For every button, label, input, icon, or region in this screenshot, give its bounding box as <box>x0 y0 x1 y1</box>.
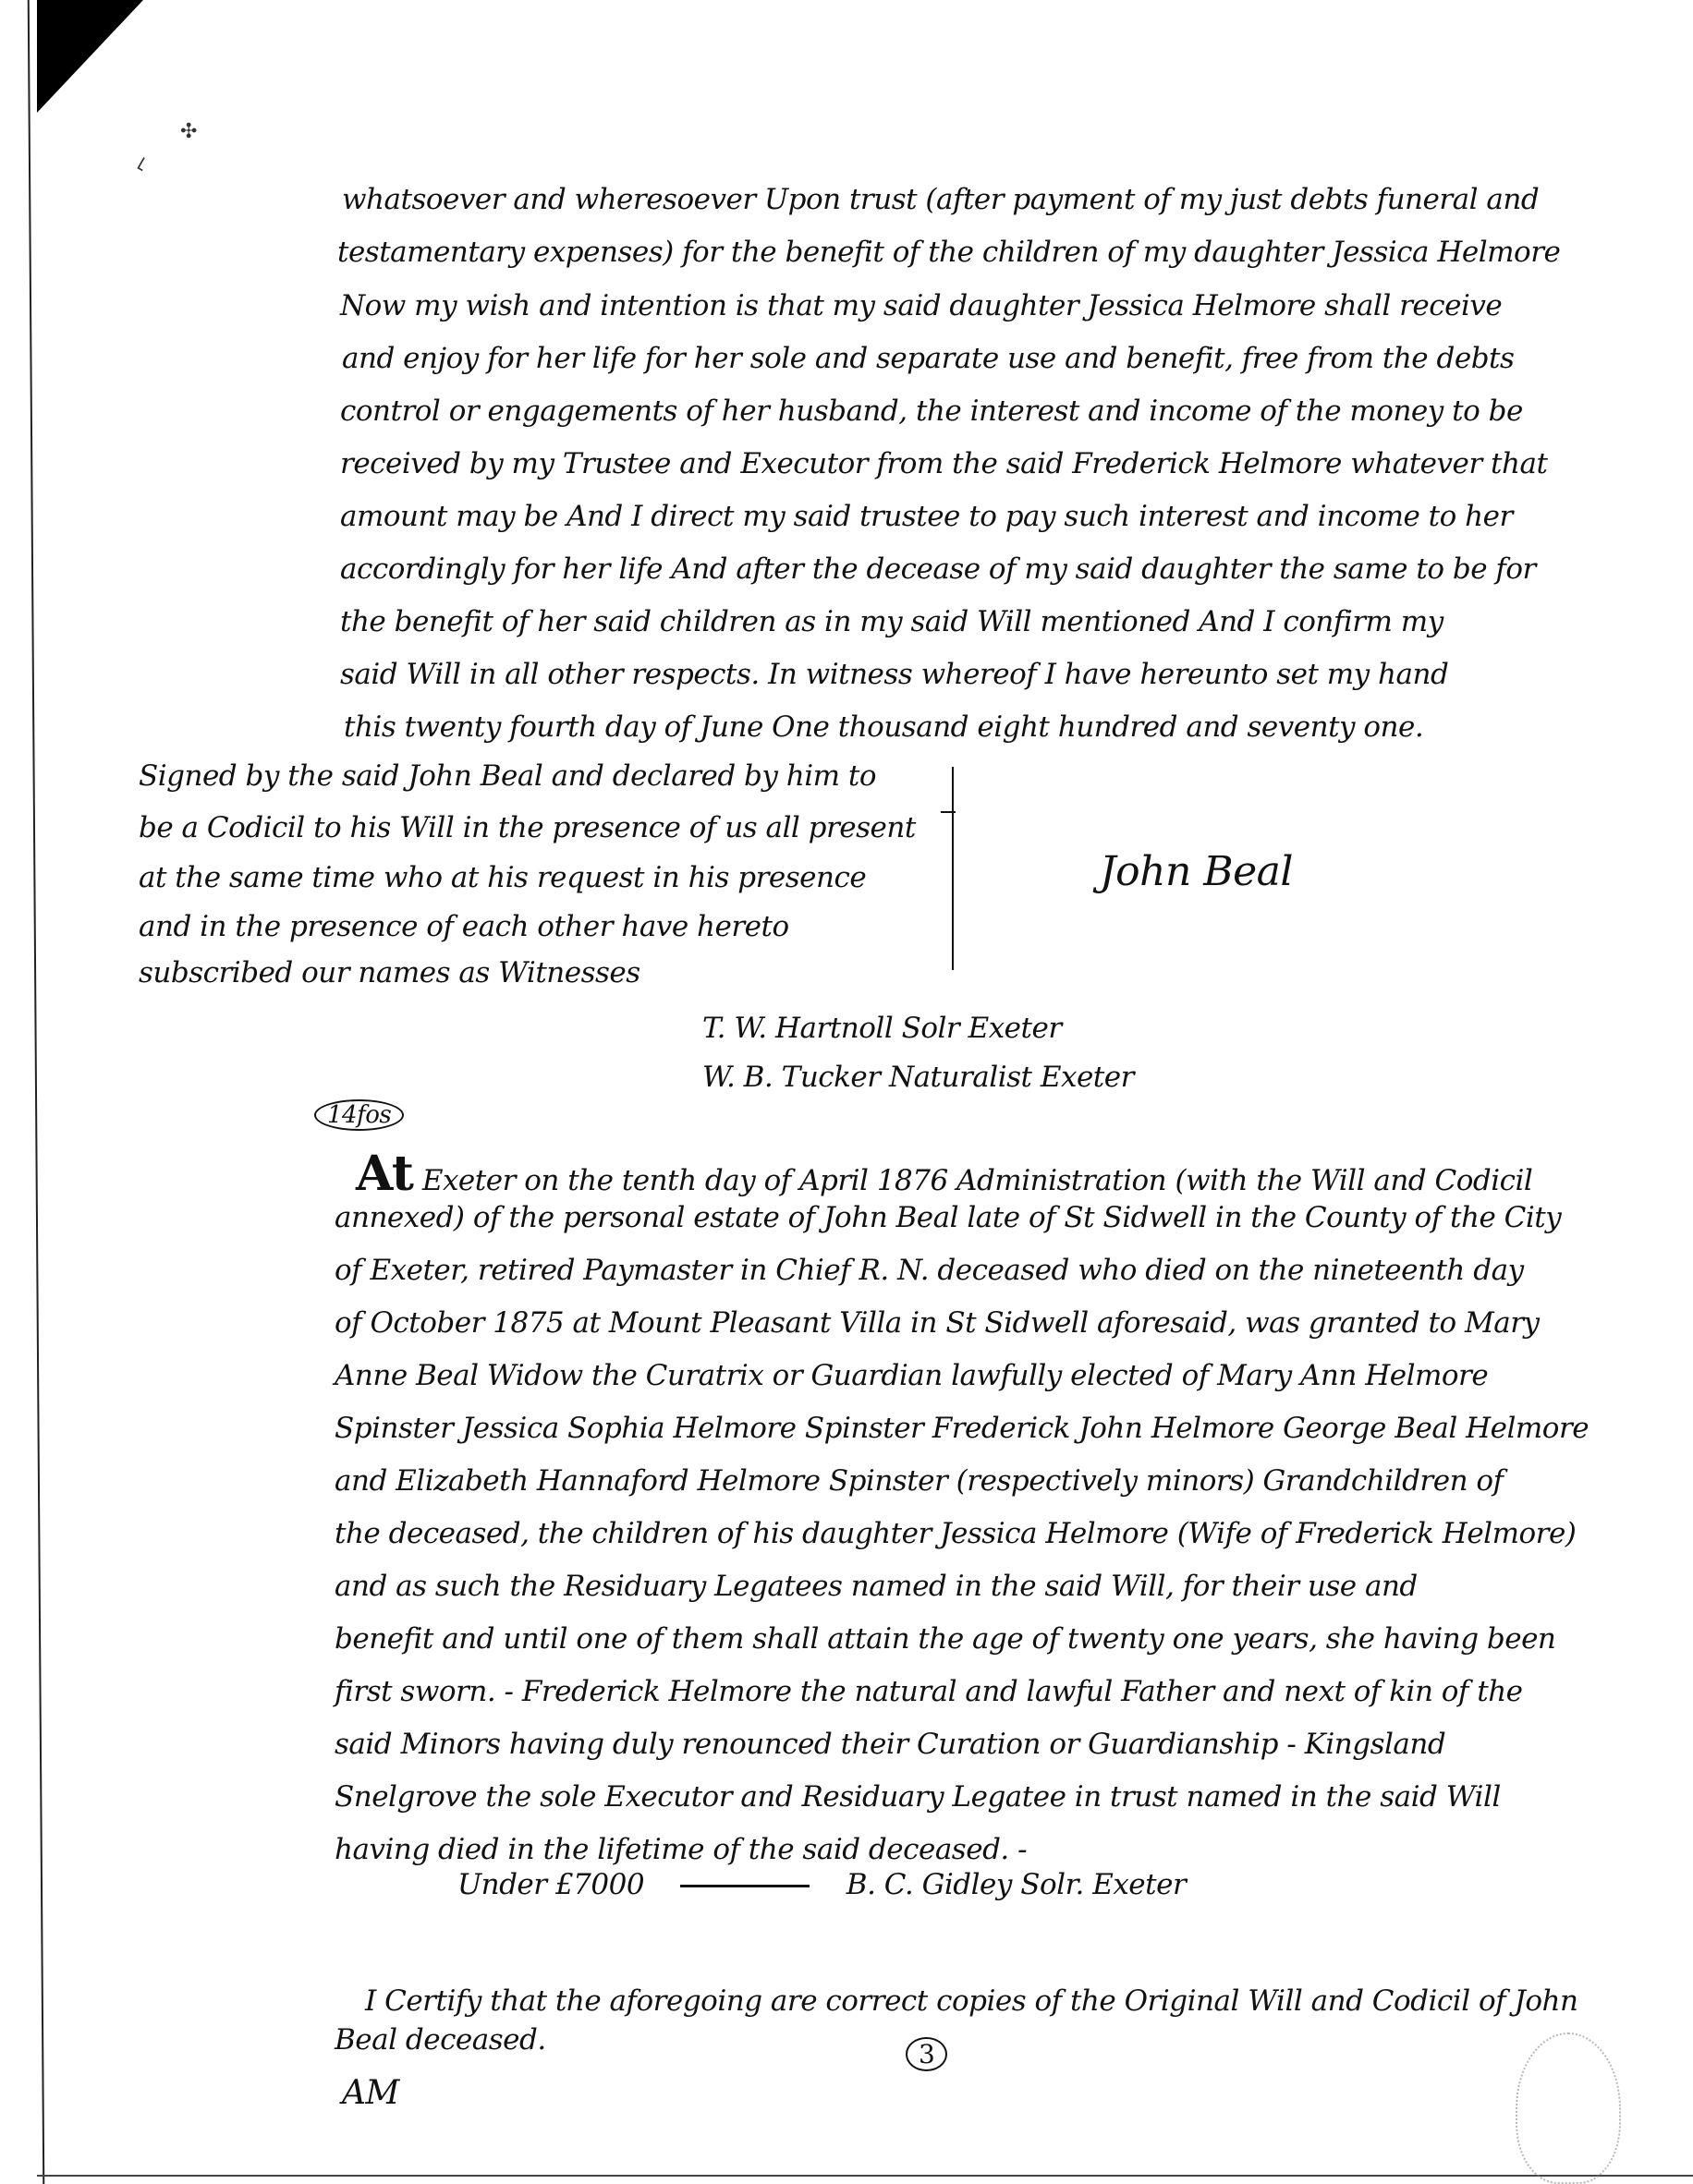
page-number-value: 3 <box>906 2037 947 2071</box>
text-line: whatsoever and wheresoever Upon trust (a… <box>342 183 1539 216</box>
text-line: the benefit of her said children as in m… <box>340 605 1443 638</box>
certification-line: Beal deceased. <box>335 2023 546 2057</box>
embossed-seal <box>1516 2032 1621 2184</box>
text-line: control or engagements of her husband, t… <box>340 394 1523 428</box>
grant-line: and as such the Residuary Legatees named… <box>335 1570 1418 1603</box>
bracket-tick <box>941 811 956 813</box>
attestation-line: and in the presence of each other have h… <box>139 910 789 943</box>
scan-left-edge <box>28 0 45 2184</box>
text-line: said Will in all other respects. In witn… <box>340 658 1448 691</box>
grant-line: first sworn. - Frederick Helmore the nat… <box>335 1675 1523 1708</box>
page-number: 3 <box>906 2037 947 2071</box>
testator-signature: John Beal <box>1100 848 1293 895</box>
text-line: and enjoy for her life for her sole and … <box>342 342 1514 375</box>
grant-line: Snelgrove the sole Executor and Residuar… <box>335 1780 1501 1814</box>
grant-line: At Exeter on the tenth day of April 1876… <box>356 1146 1532 1202</box>
grant-line-text: Exeter on the tenth day of April 1876 Ad… <box>422 1164 1533 1197</box>
estate-value: Under £7000 <box>457 1868 644 1901</box>
grant-line: Spinster Jessica Sophia Helmore Spinster… <box>335 1412 1589 1445</box>
grant-line: annexed) of the personal estate of John … <box>335 1201 1561 1234</box>
estate-value-row: Under £7000 B. C. Gidley Solr. Exeter <box>457 1868 1186 1901</box>
text-line: amount may be And I direct my said trust… <box>340 500 1513 533</box>
witness-signature: T. W. Hartnoll Solr Exeter <box>702 1012 1062 1045</box>
grant-line: of October 1875 at Mount Pleasant Villa … <box>335 1306 1540 1340</box>
scan-bottom-edge <box>37 2175 1693 2177</box>
clerk-initials: AM <box>342 2074 399 2112</box>
grant-line: of Exeter, retired Paymaster in Chief R.… <box>335 1254 1524 1287</box>
text-line: received by my Trustee and Executor from… <box>340 447 1547 480</box>
attestation-line: be a Codicil to his Will in the presence… <box>139 811 916 844</box>
attestation-line: at the same time who at his request in h… <box>139 861 866 894</box>
text-line: this twenty fourth day of June One thous… <box>344 710 1423 744</box>
text-line: Now my wish and intention is that my sai… <box>340 289 1502 322</box>
text-line: accordingly for her life And after the d… <box>340 552 1536 586</box>
grant-line: having died in the lifetime of the said … <box>335 1833 1027 1866</box>
separator-rule <box>680 1885 810 1887</box>
attestation-bracket <box>952 767 954 970</box>
attestation-line: subscribed our names as Witnesses <box>139 956 640 989</box>
proctor-signature: B. C. Gidley Solr. Exeter <box>846 1868 1186 1901</box>
grant-line: said Minors having duly renounced their … <box>335 1728 1445 1761</box>
grant-line: benefit and until one of them shall atta… <box>335 1622 1555 1656</box>
witness-signature: W. B. Tucker Naturalist Exeter <box>702 1061 1134 1094</box>
folio-note: 14fos <box>314 1099 404 1131</box>
margin-mark: ⌐ <box>128 151 157 176</box>
margin-mark: ✣ <box>180 120 197 143</box>
certification-line: I Certify that the aforegoing are correc… <box>365 1984 1577 2018</box>
text-line: testamentary expenses) for the benefit o… <box>337 236 1560 269</box>
scan-corner-fold <box>37 0 143 113</box>
grant-initial: At <box>356 1146 413 1202</box>
document-page: ✣ ⌐ whatsoever and wheresoever Upon trus… <box>0 0 1693 2184</box>
folio-count: 14fos <box>314 1099 404 1131</box>
grant-line: and Elizabeth Hannaford Helmore Spinster… <box>335 1464 1504 1498</box>
grant-line: Anne Beal Widow the Curatrix or Guardian… <box>335 1359 1488 1392</box>
grant-line: the deceased, the children of his daught… <box>335 1517 1576 1550</box>
attestation-line: Signed by the said John Beal and declare… <box>139 759 876 793</box>
